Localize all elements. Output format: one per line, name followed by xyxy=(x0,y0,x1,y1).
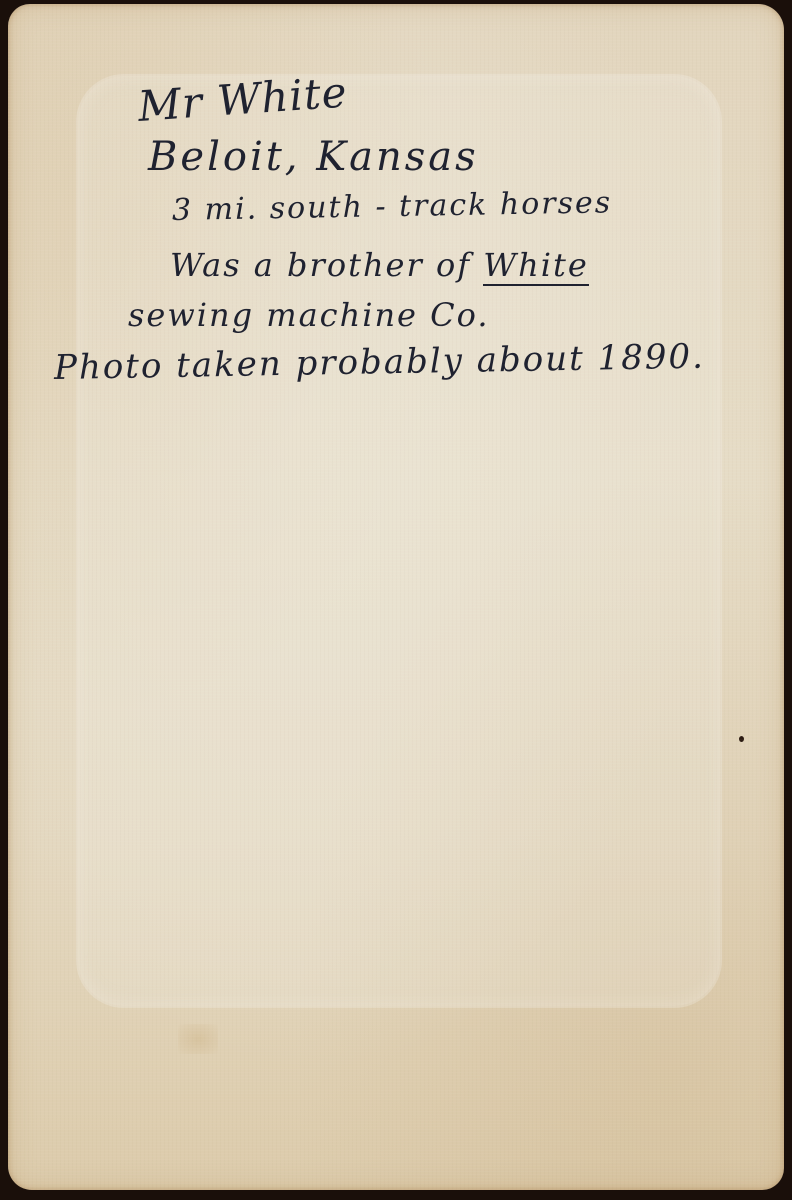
note-line-name: Mr White xyxy=(136,67,349,131)
handwritten-note: Mr White Beloit, Kansas 3 mi. south - tr… xyxy=(0,0,792,460)
note-line-location: Beloit, Kansas xyxy=(148,134,479,180)
note-line-date: Photo taken probably about 1890. xyxy=(54,337,706,388)
ink-speck xyxy=(739,736,744,742)
paper-stain xyxy=(178,1024,218,1054)
note-line-company: sewing machine Co. xyxy=(128,296,490,334)
scanned-image: Mr White Beloit, Kansas 3 mi. south - tr… xyxy=(0,0,792,1200)
note-line-detail: 3 mi. south - track horses xyxy=(172,185,613,228)
note-line-relation: Was a brother of White xyxy=(170,246,589,284)
note-line-relation-text: Was a brother of xyxy=(170,246,471,284)
underlined-company-name: White xyxy=(483,246,589,286)
